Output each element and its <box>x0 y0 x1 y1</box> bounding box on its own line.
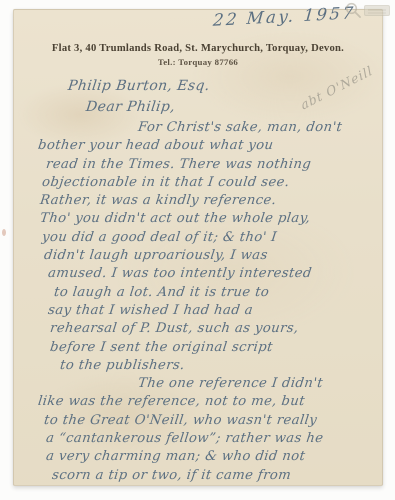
letter-line: rehearsal of P. Dust, such as yours, <box>49 320 367 338</box>
letter-line: For Christ's sake, man, don't <box>137 119 367 137</box>
zoom-control[interactable] <box>345 2 390 19</box>
magnifier-icon <box>345 2 362 19</box>
letter-line: bother your head about what you <box>37 137 367 155</box>
letter-photograph: Flat 3, 40 Trumlands Road, St. Marychurc… <box>0 0 395 500</box>
letterhead-address: Flat 3, 40 Trumlands Road, St. Marychurc… <box>14 43 382 54</box>
letter-line: you did a good deal of it; & tho' I <box>41 229 367 247</box>
letter-line: Tho' you didn't act out the whole play, <box>39 210 367 228</box>
letter-line: scorn a tip or two, if it came from <box>51 467 367 485</box>
letter-line: amused. I was too intently interested <box>47 265 367 283</box>
letterhead-telephone: Tel.: Torquay 87766 <box>14 57 382 67</box>
letter-body: Philip Burton, Esq. Dear Philip, For Chr… <box>14 78 382 485</box>
letter-line: read in the Times. There was nothing <box>45 156 367 174</box>
letter-line: a “cantankerous fellow”; rather was he <box>45 430 367 448</box>
handwritten-text: For Christ's sake, man, don't bother you… <box>38 119 366 485</box>
letter-line: before I sent the original script <box>49 339 367 357</box>
letter-paper: Flat 3, 40 Trumlands Road, St. Marychurc… <box>13 9 383 486</box>
letter-line: Rather, it was a kindly reference. <box>39 192 367 210</box>
letter-line: to the Great O'Neill, who wasn't really <box>43 412 367 430</box>
letter-line: objectionable in it that I could see. <box>41 174 367 192</box>
letter-line: The one reference I didn't <box>137 375 367 393</box>
photo-artifact <box>2 229 6 236</box>
letter-line: say that I wished I had had a <box>47 302 367 320</box>
letter-line: to the publishers. <box>59 357 367 375</box>
letter-line: a very charming man; & who did not <box>45 448 367 466</box>
letter-line: to laugh a lot. And it is true to <box>53 284 367 302</box>
watermark-box <box>364 5 390 16</box>
letter-line: like was the reference, not to me, but <box>37 393 367 411</box>
letter-line: didn't laugh uproariously, I was <box>43 247 367 265</box>
